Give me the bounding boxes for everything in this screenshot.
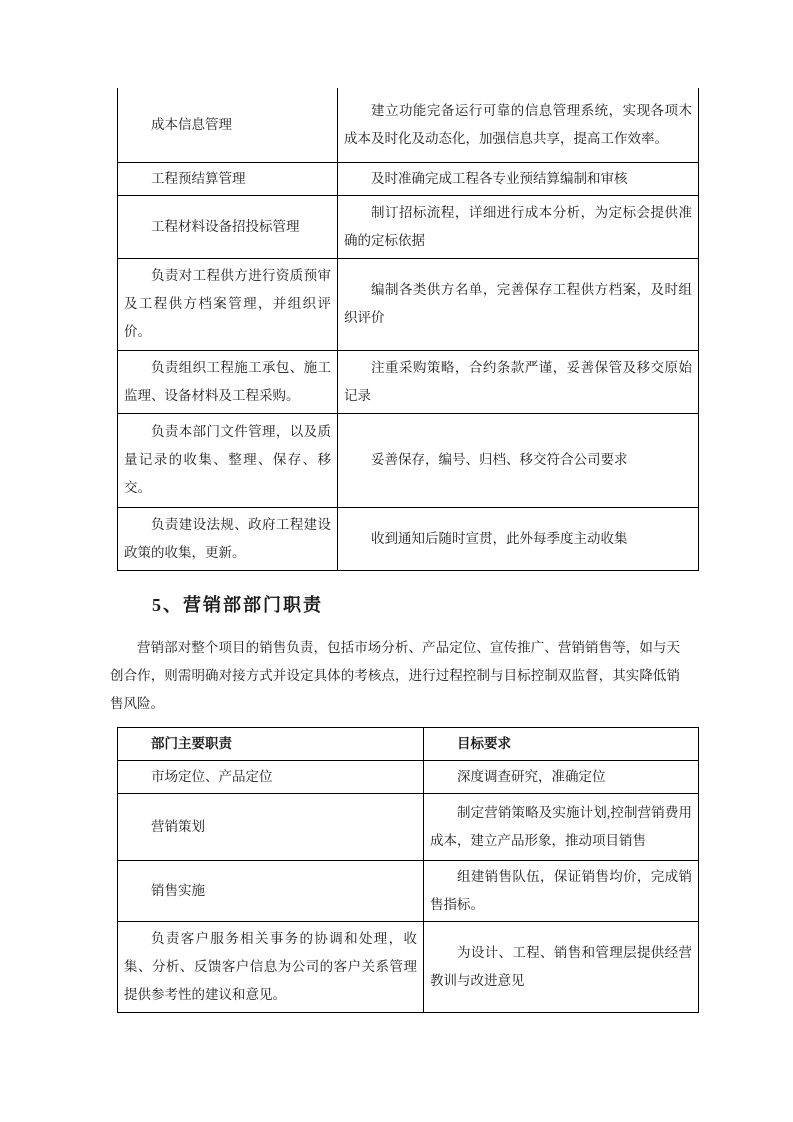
table-row: 工程预结算管理 及时准确完成工程各专业预结算编制和审核 (118, 162, 699, 195)
duty-cell: 负责组织工程施工承包、施工监理、设备材料及工程采购。 (118, 350, 338, 413)
cost-dept-duties-table: 成本信息管理 建立功能完备运行可靠的信息管理系统，实现各项木成本及时化及动态化，… (117, 88, 699, 571)
duty-cell: 市场定位、产品定位 (118, 761, 424, 794)
duty-cell: 负责建设法规、政府工程建设政策的收集，更新。 (118, 507, 338, 570)
target-cell: 妥善保存，编号、归档、移交符合公司要求 (338, 413, 699, 507)
intro-paragraph: 营销部对整个项目的销售负责，包括市场分析、产品定位、宣传推广、营销销售等，如与天… (110, 634, 680, 718)
target-cell: 制定营销策略及实施计划,控制营销费用成本，建立产品形象，推动项目销售 (424, 794, 699, 861)
section-heading: 5、营销部部门职责 (152, 591, 323, 617)
table-row: 成本信息管理 建立功能完备运行可靠的信息管理系统，实现各项木成本及时化及动态化，… (118, 88, 699, 162)
target-cell: 为设计、工程、销售和管理层提供经营教训与改进意见 (424, 922, 699, 1013)
table-row: 市场定位、产品定位 深度调查研究，准确定位 (118, 761, 699, 794)
target-cell: 制订招标流程，详细进行成本分析，为定标会提供准确的定标依据 (338, 195, 699, 258)
table-row: 营销策划 制定营销策略及实施计划,控制营销费用成本，建立产品形象，推动项目销售 (118, 794, 699, 861)
target-cell: 收到通知后随时宣贯，此外每季度主动收集 (338, 507, 699, 570)
table-row: 工程材料设备招投标管理 制订招标流程，详细进行成本分析，为定标会提供准确的定标依… (118, 195, 699, 258)
marketing-dept-duties-table: 部门主要职责 目标要求 市场定位、产品定位 深度调查研究，准确定位 营销策划 制… (117, 727, 699, 1013)
target-header-cell: 目标要求 (424, 728, 699, 761)
duty-cell: 工程预结算管理 (118, 162, 338, 195)
duty-cell: 负责对工程供方进行资质预审及工程供方档案管理，并组织评价。 (118, 258, 338, 350)
document-page: 成本信息管理 建立功能完备运行可靠的信息管理系统，实现各项木成本及时化及动态化，… (0, 0, 793, 1122)
duty-cell: 营销策划 (118, 794, 424, 861)
table-row: 负责建设法规、政府工程建设政策的收集，更新。 收到通知后随时宣贯，此外每季度主动… (118, 507, 699, 570)
table-header-row: 部门主要职责 目标要求 (118, 728, 699, 761)
duty-cell: 工程材料设备招投标管理 (118, 195, 338, 258)
table-row: 负责本部门文件管理，以及质量记录的收集、整理、保存、移交。 妥善保存，编号、归档… (118, 413, 699, 507)
duty-cell: 负责本部门文件管理，以及质量记录的收集、整理、保存、移交。 (118, 413, 338, 507)
table-row: 负责对工程供方进行资质预审及工程供方档案管理，并组织评价。 编制各类供方名单，完… (118, 258, 699, 350)
duty-header-cell: 部门主要职责 (118, 728, 424, 761)
target-cell: 深度调查研究，准确定位 (424, 761, 699, 794)
table-row: 负责客户服务相关事务的协调和处理，收集、分析、反馈客户信息为公司的客户关系管理提… (118, 922, 699, 1013)
duty-cell: 销售实施 (118, 861, 424, 922)
target-cell: 编制各类供方名单，完善保存工程供方档案，及时组织评价 (338, 258, 699, 350)
duty-cell: 负责客户服务相关事务的协调和处理，收集、分析、反馈客户信息为公司的客户关系管理提… (118, 922, 424, 1013)
table-row: 销售实施 组建销售队伍，保证销售均价，完成销售指标。 (118, 861, 699, 922)
duty-cell: 成本信息管理 (118, 88, 338, 162)
target-cell: 建立功能完备运行可靠的信息管理系统，实现各项木成本及时化及动态化，加强信息共享，… (338, 88, 699, 162)
target-cell: 注重采购策略，合约条款严谨，妥善保管及移交原始记录 (338, 350, 699, 413)
target-cell: 组建销售队伍，保证销售均价，完成销售指标。 (424, 861, 699, 922)
table-row: 负责组织工程施工承包、施工监理、设备材料及工程采购。 注重采购策略，合约条款严谨… (118, 350, 699, 413)
target-cell: 及时准确完成工程各专业预结算编制和审核 (338, 162, 699, 195)
